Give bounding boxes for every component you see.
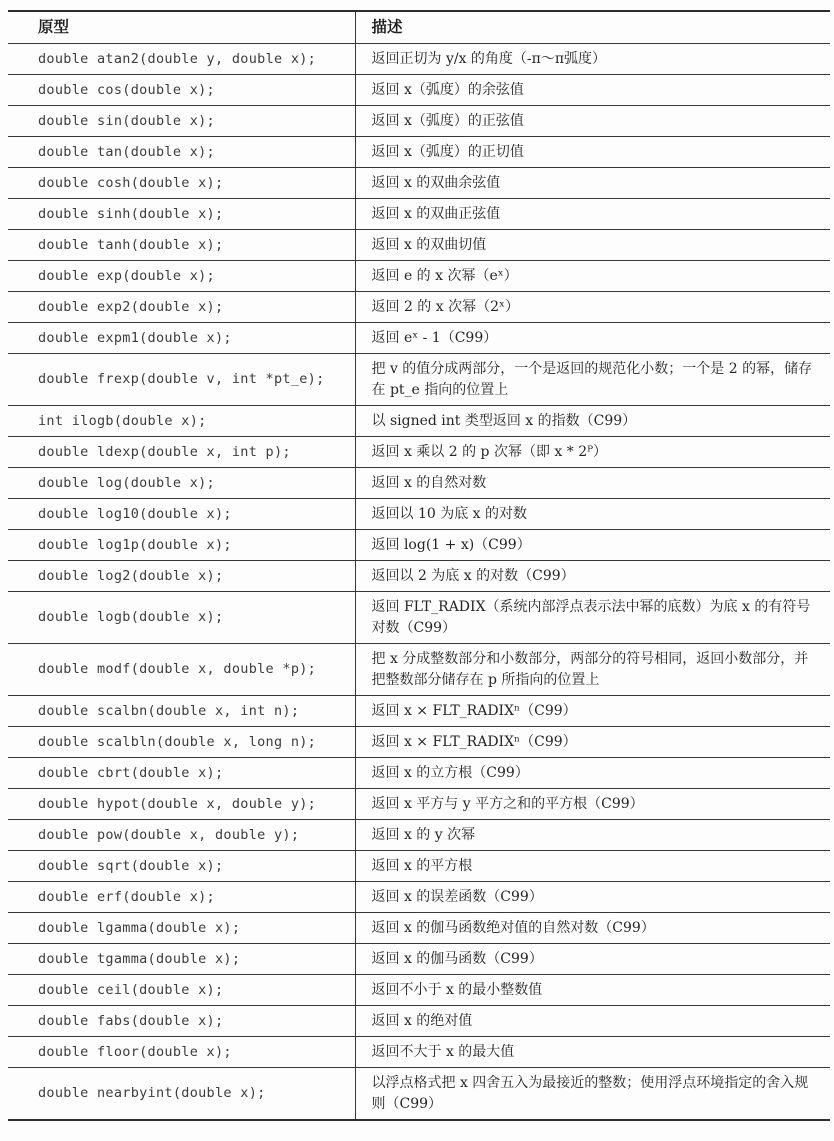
description-cell: 把 x 分成整数部分和小数部分，两部分的符号相同，返回小数部分，并把整数部分储存… xyxy=(355,644,830,696)
prototype-cell: double sin(double x); xyxy=(8,106,355,137)
prototype-cell: double atan2(double y, double x); xyxy=(8,44,355,75)
prototype-cell: double sinh(double x); xyxy=(8,199,355,230)
prototype-cell: double lgamma(double x); xyxy=(8,913,355,944)
table-row: double cbrt(double x);返回 x 的立方根（C99） xyxy=(8,758,830,789)
description-cell: 返回 x 的误差函数（C99） xyxy=(355,882,830,913)
description-cell: 返回 x（弧度）的余弦值 xyxy=(355,75,830,106)
prototype-cell: double cos(double x); xyxy=(8,75,355,106)
table-row: double scalbn(double x, int n);返回 x × FL… xyxy=(8,696,830,727)
table-row: double exp(double x);返回 e 的 x 次幂（eˣ） xyxy=(8,261,830,292)
description-cell: 返回 x 的绝对值 xyxy=(355,1006,830,1037)
prototype-cell: double erf(double x); xyxy=(8,882,355,913)
prototype-cell: double log(double x); xyxy=(8,468,355,499)
header-row: 原型 描述 xyxy=(8,11,830,44)
description-cell: 返回 2 的 x 次幂（2ˣ） xyxy=(355,292,830,323)
description-cell: 以浮点格式把 x 四舍五入为最接近的整数；使用浮点环境指定的舍入规则（C99） xyxy=(355,1068,830,1121)
table-row: double sin(double x);返回 x（弧度）的正弦值 xyxy=(8,106,830,137)
description-cell: 返回 x 的双曲正弦值 xyxy=(355,199,830,230)
prototype-cell: double exp2(double x); xyxy=(8,292,355,323)
table-row: double pow(double x, double y);返回 x 的 y … xyxy=(8,820,830,851)
table-row: double modf(double x, double *p);把 x 分成整… xyxy=(8,644,830,696)
description-cell: 返回 x 乘以 2 的 p 次幂（即 x * 2ᴾ） xyxy=(355,437,830,468)
table-row: double atan2(double y, double x);返回正切为 y… xyxy=(8,44,830,75)
description-cell: 返回不大于 x 的最大值 xyxy=(355,1037,830,1068)
prototype-cell: double fabs(double x); xyxy=(8,1006,355,1037)
table-row: double expm1(double x);返回 eˣ - 1（C99） xyxy=(8,323,830,354)
table-row: double frexp(double v, int *pt_e);把 v 的值… xyxy=(8,354,830,406)
description-cell: 返回 x 的平方根 xyxy=(355,851,830,882)
table-row: double sqrt(double x);返回 x 的平方根 xyxy=(8,851,830,882)
column-header-prototype: 原型 xyxy=(8,11,355,44)
table-row: double log(double x);返回 x 的自然对数 xyxy=(8,468,830,499)
description-cell: 把 v 的值分成两部分，一个是返回的规范化小数；一个是 2 的幂，储存在 pt_… xyxy=(355,354,830,406)
table-body: double atan2(double y, double x);返回正切为 y… xyxy=(8,44,830,1121)
math-functions-table: 原型 描述 double atan2(double y, double x);返… xyxy=(8,10,830,1121)
book-page: 原型 描述 double atan2(double y, double x);返… xyxy=(0,0,834,1141)
description-cell: 返回 x 的伽马函数绝对值的自然对数（C99） xyxy=(355,913,830,944)
prototype-cell: double pow(double x, double y); xyxy=(8,820,355,851)
table-row: double ldexp(double x, int p);返回 x 乘以 2 … xyxy=(8,437,830,468)
table-row: double hypot(double x, double y);返回 x 平方… xyxy=(8,789,830,820)
table-row: double floor(double x);返回不大于 x 的最大值 xyxy=(8,1037,830,1068)
table-row: double erf(double x);返回 x 的误差函数（C99） xyxy=(8,882,830,913)
description-cell: 返回 eˣ - 1（C99） xyxy=(355,323,830,354)
prototype-cell: double tanh(double x); xyxy=(8,230,355,261)
table-row: double sinh(double x);返回 x 的双曲正弦值 xyxy=(8,199,830,230)
prototype-cell: double log10(double x); xyxy=(8,499,355,530)
prototype-cell: double tgamma(double x); xyxy=(8,944,355,975)
description-cell: 返回 x 的伽马函数（C99） xyxy=(355,944,830,975)
description-cell: 返回 x 的双曲切值 xyxy=(355,230,830,261)
table-row: double scalbln(double x, long n);返回 x × … xyxy=(8,727,830,758)
prototype-cell: double expm1(double x); xyxy=(8,323,355,354)
table-row: double fabs(double x);返回 x 的绝对值 xyxy=(8,1006,830,1037)
prototype-cell: double nearbyint(double x); xyxy=(8,1068,355,1121)
table-row: double tgamma(double x);返回 x 的伽马函数（C99） xyxy=(8,944,830,975)
prototype-cell: double frexp(double v, int *pt_e); xyxy=(8,354,355,406)
description-cell: 返回 x（弧度）的正弦值 xyxy=(355,106,830,137)
description-cell: 返回 x 的立方根（C99） xyxy=(355,758,830,789)
prototype-cell: double hypot(double x, double y); xyxy=(8,789,355,820)
prototype-cell: double tan(double x); xyxy=(8,137,355,168)
prototype-cell: double exp(double x); xyxy=(8,261,355,292)
table-row: double logb(double x);返回 FLT_RADIX（系统内部浮… xyxy=(8,592,830,644)
table-row: double cos(double x);返回 x（弧度）的余弦值 xyxy=(8,75,830,106)
table-row: int ilogb(double x);以 signed int 类型返回 x … xyxy=(8,406,830,437)
prototype-cell: double ceil(double x); xyxy=(8,975,355,1006)
description-cell: 返回以 2 为底 x 的对数（C99） xyxy=(355,561,830,592)
prototype-cell: double cosh(double x); xyxy=(8,168,355,199)
prototype-cell: double scalbn(double x, int n); xyxy=(8,696,355,727)
prototype-cell: double cbrt(double x); xyxy=(8,758,355,789)
description-cell: 返回 x × FLT_RADIXⁿ（C99） xyxy=(355,696,830,727)
description-cell: 返回 x × FLT_RADIXⁿ（C99） xyxy=(355,727,830,758)
prototype-cell: double floor(double x); xyxy=(8,1037,355,1068)
table-row: double log1p(double x);返回 log(1 + x)（C99… xyxy=(8,530,830,561)
prototype-cell: double sqrt(double x); xyxy=(8,851,355,882)
description-cell: 返回 x 的双曲余弦值 xyxy=(355,168,830,199)
prototype-cell: int ilogb(double x); xyxy=(8,406,355,437)
table-row: double log10(double x);返回以 10 为底 x 的对数 xyxy=(8,499,830,530)
table-row: double nearbyint(double x);以浮点格式把 x 四舍五入… xyxy=(8,1068,830,1121)
description-cell: 返回 x 的自然对数 xyxy=(355,468,830,499)
description-cell: 返回正切为 y/x 的角度（-π～π弧度） xyxy=(355,44,830,75)
description-cell: 返回 log(1 + x)（C99） xyxy=(355,530,830,561)
description-cell: 返回 e 的 x 次幂（eˣ） xyxy=(355,261,830,292)
prototype-cell: double modf(double x, double *p); xyxy=(8,644,355,696)
column-header-description: 描述 xyxy=(355,11,830,44)
description-cell: 返回 x（弧度）的正切值 xyxy=(355,137,830,168)
table-row: double lgamma(double x);返回 x 的伽马函数绝对值的自然… xyxy=(8,913,830,944)
description-cell: 以 signed int 类型返回 x 的指数（C99） xyxy=(355,406,830,437)
description-cell: 返回 FLT_RADIX（系统内部浮点表示法中幂的底数）为底 x 的有符号对数（… xyxy=(355,592,830,644)
prototype-cell: double scalbln(double x, long n); xyxy=(8,727,355,758)
prototype-cell: double log1p(double x); xyxy=(8,530,355,561)
table-row: double ceil(double x);返回不小于 x 的最小整数值 xyxy=(8,975,830,1006)
table-row: double log2(double x);返回以 2 为底 x 的对数（C99… xyxy=(8,561,830,592)
prototype-cell: double ldexp(double x, int p); xyxy=(8,437,355,468)
table-row: double exp2(double x);返回 2 的 x 次幂（2ˣ） xyxy=(8,292,830,323)
description-cell: 返回以 10 为底 x 的对数 xyxy=(355,499,830,530)
description-cell: 返回 x 平方与 y 平方之和的平方根（C99） xyxy=(355,789,830,820)
prototype-cell: double log2(double x); xyxy=(8,561,355,592)
description-cell: 返回 x 的 y 次幂 xyxy=(355,820,830,851)
table-row: double cosh(double x);返回 x 的双曲余弦值 xyxy=(8,168,830,199)
table-row: double tan(double x);返回 x（弧度）的正切值 xyxy=(8,137,830,168)
table-row: double tanh(double x);返回 x 的双曲切值 xyxy=(8,230,830,261)
description-cell: 返回不小于 x 的最小整数值 xyxy=(355,975,830,1006)
prototype-cell: double logb(double x); xyxy=(8,592,355,644)
